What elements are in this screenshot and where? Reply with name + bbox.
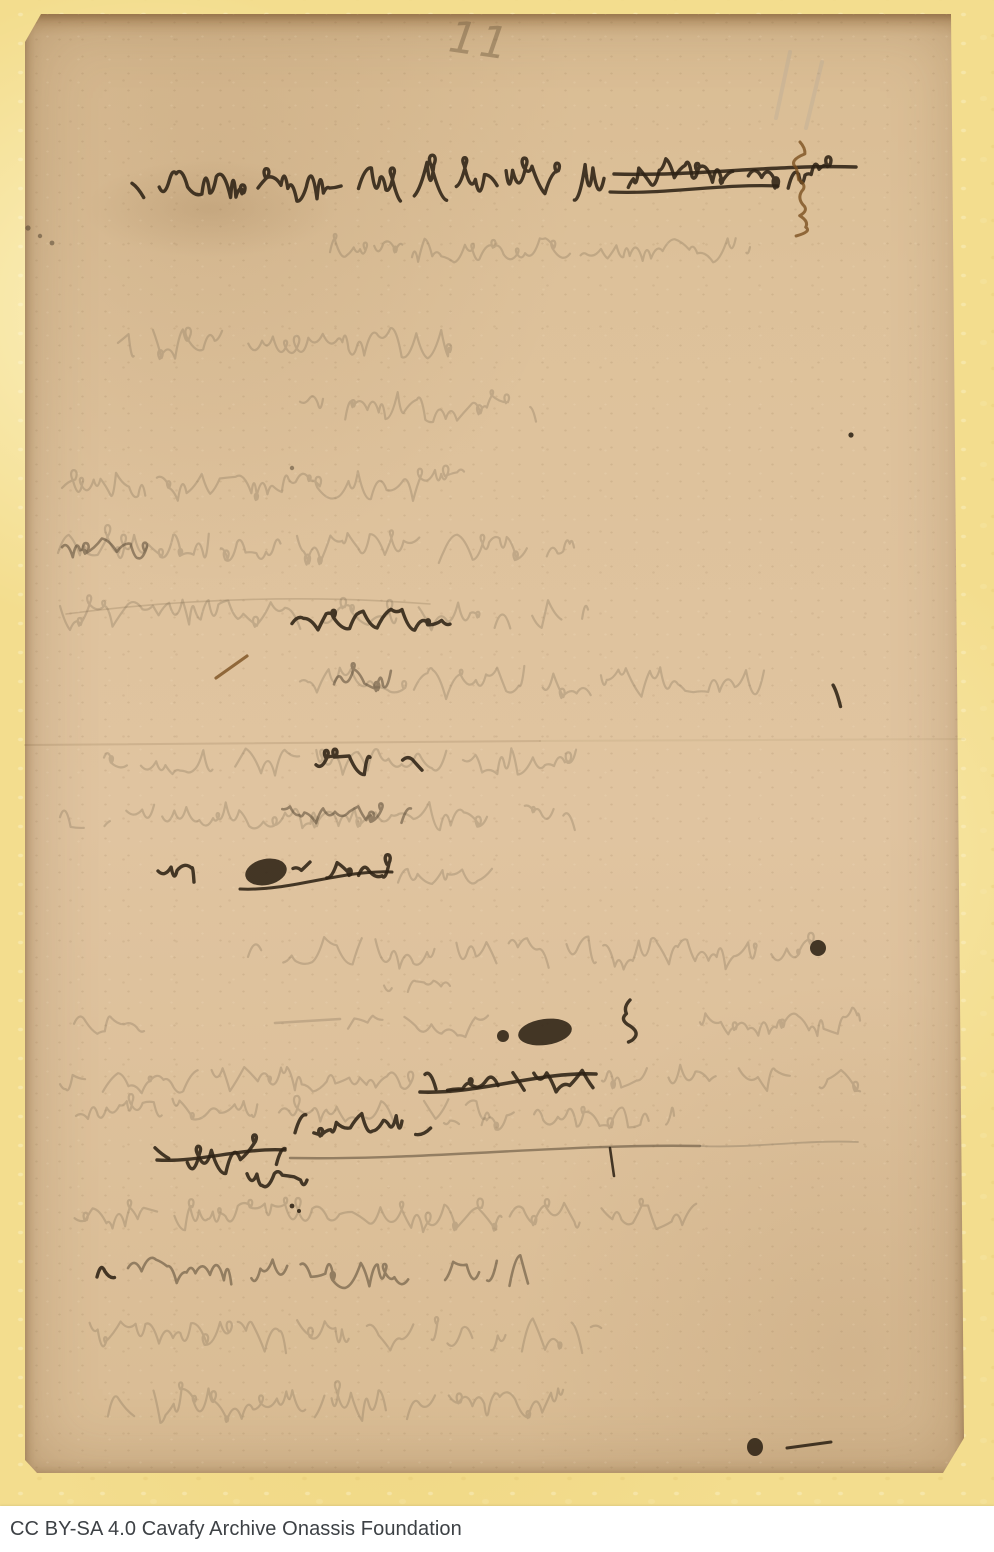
handwriting-strokes bbox=[25, 52, 964, 1456]
caption-bar: CC BY-SA 4.0 Cavafy Archive Onassis Foun… bbox=[0, 1506, 994, 1552]
scanned-manuscript-page: 11 CC BY-SA 4.0 Cavafy Archive Onassis F… bbox=[0, 0, 994, 1552]
page-number-annotation: 11 bbox=[446, 11, 514, 70]
handwriting-ink-layer: 11 bbox=[0, 0, 994, 1552]
license-caption: CC BY-SA 4.0 Cavafy Archive Onassis Foun… bbox=[0, 1518, 462, 1541]
